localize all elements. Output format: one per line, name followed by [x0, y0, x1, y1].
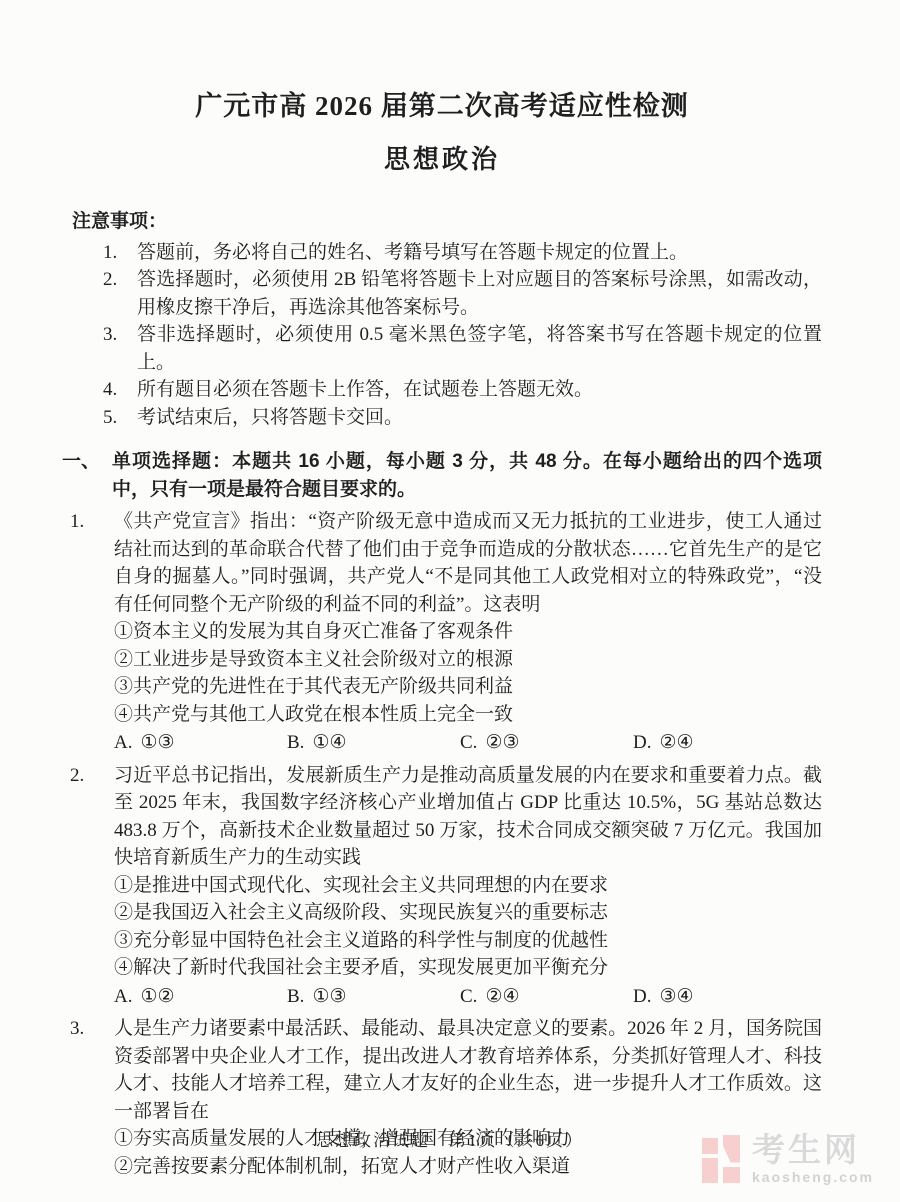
option-value: ②③	[485, 732, 519, 753]
option-value: ①④	[312, 732, 346, 753]
notice-item-text: 答非选择题时，必须使用 0.5 毫米黑色签字笔，将答案书写在答题卡规定的位置上。	[137, 321, 822, 376]
question-stem: 《共产党宣言》指出：“资产阶级无意中造成而又无力抵抗的工业进步，使工人通过结社而…	[114, 508, 822, 618]
watermark-site-name: 考生网	[752, 1133, 874, 1166]
option-label: A.	[114, 986, 132, 1007]
notice-item-number: 3.	[103, 321, 137, 376]
notice-item-number: 5.	[103, 404, 137, 432]
question-stem: 人是生产力诸要素中最活跃、最能动、最具决定意义的要素。2026 年 2 月，国务…	[114, 1015, 822, 1125]
section-number: 一、	[62, 448, 112, 503]
watermark-text: 考生网 kaosheng.com	[752, 1133, 874, 1184]
exam-paper-page: 广元市高 2026 届第二次高考适应性检测 思想政治 注意事项： 1. 答题前，…	[0, 0, 900, 1202]
question-1: 1. 《共产党宣言》指出：“资产阶级无意中造成而又无力抵抗的工业进步，使工人通过…	[62, 508, 822, 757]
notice-item-1: 1. 答题前，务必将自己的姓名、考籍号填写在答题卡规定的位置上。	[103, 239, 822, 267]
question-statement-3: ③充分彰显中国特色社会主义道路的科学性与制度的优越性	[114, 927, 822, 955]
notice-item-text: 答选择题时，必须使用 2B 铅笔将答题卡上对应题目的答案标号涂黑，如需改动，用橡…	[137, 266, 822, 321]
question-stem: 习近平总书记指出，发展新质生产力是推动高质量发展的内在要求和重要着力点。截至 2…	[114, 762, 822, 872]
notice-items: 1. 答题前，务必将自己的姓名、考籍号填写在答题卡规定的位置上。 2. 答选择题…	[103, 239, 822, 432]
page-subtitle: 思想政治	[62, 139, 822, 176]
question-2: 2. 习近平总书记指出，发展新质生产力是推动高质量发展的内在要求和重要着力点。截…	[62, 762, 822, 1011]
question-statement-3: ③共产党的先进性在于其代表无产阶级共同利益	[114, 673, 822, 701]
notice-item-text: 考试结束后，只将答题卡交回。	[137, 404, 822, 432]
option-label: B.	[287, 732, 304, 753]
question-statement-2: ②是我国迈入社会主义高级阶段、实现民族复兴的重要标志	[114, 899, 822, 927]
option-c: C.②③	[460, 729, 633, 757]
question-statement-1: ①是推进中国式现代化、实现社会主义共同理想的内在要求	[114, 872, 822, 900]
kaosheng-watermark: 考生网 kaosheng.com	[702, 1133, 874, 1184]
page-content: 广元市高 2026 届第二次高考适应性检测 思想政治 注意事项： 1. 答题前，…	[62, 0, 822, 1180]
option-value: ②④	[485, 986, 519, 1007]
notice-item-number: 1.	[103, 239, 137, 267]
question-statement-2: ②工业进步是导致资本主义社会阶级对立的根源	[114, 646, 822, 674]
option-label: A.	[114, 732, 132, 753]
option-label: D.	[633, 732, 651, 753]
watermark-site-domain: kaosheng.com	[752, 1170, 874, 1184]
option-value: ③④	[659, 986, 693, 1007]
notice-item-4: 4. 所有题目必须在答题卡上作答，在试题卷上答题无效。	[103, 376, 822, 404]
question-statement-1: ①资本主义的发展为其自身灭亡准备了客观条件	[114, 618, 822, 646]
kaosheng-logo-icon	[702, 1135, 740, 1183]
question-number: 1.	[62, 508, 114, 757]
option-b: B.①④	[287, 729, 460, 757]
question-number: 3.	[62, 1015, 114, 1180]
question-body: 习近平总书记指出，发展新质生产力是推动高质量发展的内在要求和重要着力点。截至 2…	[114, 762, 822, 1011]
option-value: ②④	[659, 732, 693, 753]
notice-item-number: 2.	[103, 266, 137, 321]
notice-item-number: 4.	[103, 376, 137, 404]
section-heading: 一、 单项选择题：本题共 16 小题，每小题 3 分，共 48 分。在每小题给出…	[62, 448, 822, 503]
notice-item-5: 5. 考试结束后，只将答题卡交回。	[103, 404, 822, 432]
section-heading-text: 单项选择题：本题共 16 小题，每小题 3 分，共 48 分。在每小题给出的四个…	[112, 448, 822, 503]
notice-item-2: 2. 答选择题时，必须使用 2B 铅笔将答题卡上对应题目的答案标号涂黑，如需改动…	[103, 266, 822, 321]
option-label: B.	[287, 986, 304, 1007]
answer-options-row: A.①③ B.①④ C.②③ D.②④	[114, 729, 822, 757]
question-statement-4: ④共产党与其他工人政党在根本性质上完全一致	[114, 701, 822, 729]
option-d: D.③④	[633, 983, 694, 1011]
notice-item-text: 答题前，务必将自己的姓名、考籍号填写在答题卡规定的位置上。	[137, 239, 822, 267]
option-label: C.	[460, 986, 477, 1007]
notice-heading: 注意事项：	[72, 208, 822, 236]
page-title: 广元市高 2026 届第二次高考适应性检测	[62, 84, 822, 123]
option-a: A.①②	[114, 983, 287, 1011]
question-body: 《共产党宣言》指出：“资产阶级无意中造成而又无力抵抗的工业进步，使工人通过结社而…	[114, 508, 822, 757]
answer-options-row: A.①② B.①③ C.②④ D.③④	[114, 983, 822, 1011]
notice-block: 注意事项： 1. 答题前，务必将自己的姓名、考籍号填写在答题卡规定的位置上。 2…	[62, 208, 822, 431]
option-label: C.	[460, 732, 477, 753]
option-value: ①②	[140, 986, 174, 1007]
option-d: D.②④	[633, 729, 694, 757]
option-value: ①③	[312, 986, 346, 1007]
option-a: A.①③	[114, 729, 287, 757]
option-b: B.①③	[287, 983, 460, 1011]
notice-item-3: 3. 答非选择题时，必须使用 0.5 毫米黑色签字笔，将答案书写在答题卡规定的位…	[103, 321, 822, 376]
option-c: C.②④	[460, 983, 633, 1011]
option-label: D.	[633, 986, 651, 1007]
notice-item-text: 所有题目必须在答题卡上作答，在试题卷上答题无效。	[137, 376, 822, 404]
question-statement-4: ④解决了新时代我国社会主要矛盾，实现发展更加平衡充分	[114, 954, 822, 982]
option-value: ①③	[140, 732, 174, 753]
header: 广元市高 2026 届第二次高考适应性检测 思想政治	[62, 84, 822, 176]
question-number: 2.	[62, 762, 114, 1011]
